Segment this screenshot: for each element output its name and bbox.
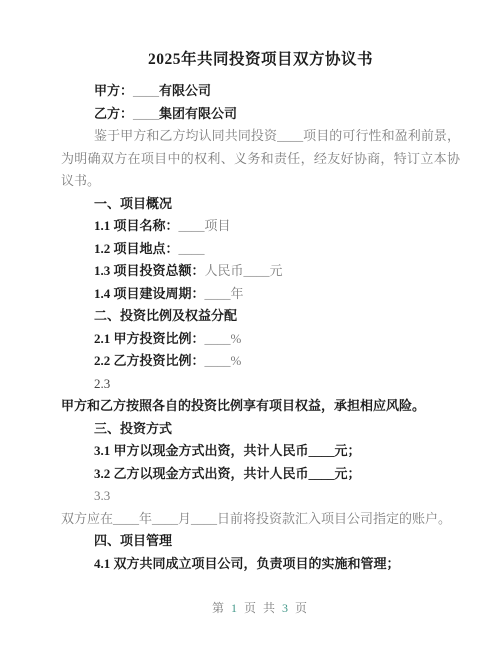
text-segment: 3.3 — [94, 488, 110, 503]
text-segment: 页 共 — [239, 601, 282, 615]
text-segment: 3.2 乙方以现金方式出资，共计人民币____元； — [94, 466, 361, 481]
text-segment: 1.1 项目名称： — [94, 218, 179, 233]
text-segment: 二、投资比例及权益分配 — [94, 308, 237, 323]
text-segment: 集团有限公司 — [159, 106, 237, 121]
text-segment: 3.1 甲方以现金方式出资，共计人民币____元； — [94, 443, 361, 458]
item-3-1: 3.1 甲方以现金方式出资，共计人民币____元； — [61, 440, 460, 463]
text-segment: ____ — [133, 106, 159, 121]
text-segment: 1.3 项目投资总额： — [94, 263, 205, 278]
item-3-3: 3.3 — [61, 485, 460, 508]
party-b-line: 乙方：____集团有限公司 — [61, 103, 460, 126]
text-segment: 有限公司 — [159, 83, 211, 98]
text-segment: 2.1 甲方投资比例： — [94, 331, 205, 346]
section-3-heading: 三、投资方式 — [61, 418, 460, 441]
item-1-4: 1.4 项目建设周期：____年 — [61, 283, 460, 306]
item-2-2: 2.2 乙方投资比例：____% — [61, 350, 460, 373]
text-segment: 四、项目管理 — [94, 533, 172, 548]
text-segment: 双方应在____年____月____日前将投资款汇入项目公司指定的账户。 — [61, 511, 451, 526]
preamble-paragraph: 鉴于甲方和乙方均认同共同投资____项目的可行性和盈利前景，为明确双方在项目中的… — [61, 125, 460, 193]
text-segment: 2.2 乙方投资比例： — [94, 353, 205, 368]
text-segment: 1.4 项目建设周期： — [94, 286, 205, 301]
party-a-line: 甲方：____有限公司 — [61, 80, 460, 103]
text-segment: 1.2 项目地点： — [94, 241, 179, 256]
section-1-heading: 一、项目概况 — [61, 193, 460, 216]
text-segment: 1 — [231, 601, 239, 615]
section-2-heading: 二、投资比例及权益分配 — [61, 305, 460, 328]
item-4-1: 4.1 双方共同成立项目公司，负责项目的实施和管理； — [61, 553, 460, 576]
document-title: 2025年共同投资项目双方协议书 — [61, 48, 460, 72]
text-segment: 一、项目概况 — [94, 196, 172, 211]
item-1-1: 1.1 项目名称：____项目 — [61, 215, 460, 238]
text-segment: 第 — [212, 601, 231, 615]
text-segment: 页 — [290, 601, 309, 615]
item-2-3: 2.3 — [61, 373, 460, 396]
item-2-1: 2.1 甲方投资比例：____% — [61, 328, 460, 351]
text-segment: 乙方： — [94, 106, 133, 121]
statement-payment: 双方应在____年____月____日前将投资款汇入项目公司指定的账户。 — [61, 508, 460, 531]
page-footer: 第 1 页 共 3 页 — [61, 599, 460, 617]
section-4-heading: 四、项目管理 — [61, 530, 460, 553]
text-segment: 鉴于甲方和乙方均认同共同投资____项目的可行性和盈利前景，为明确双方在项目中的… — [61, 128, 460, 188]
text-segment: ____年 — [205, 286, 244, 301]
text-segment: 3 — [282, 601, 290, 615]
text-segment: ____ — [133, 83, 159, 98]
text-segment: ____ — [179, 241, 205, 256]
text-segment: 2.3 — [94, 376, 110, 391]
text-segment: 4.1 双方共同成立项目公司，负责项目的实施和管理； — [94, 556, 400, 571]
item-1-2: 1.2 项目地点：____ — [61, 238, 460, 261]
text-segment: 人民币____元 — [205, 263, 283, 278]
text-segment: 甲方和乙方按照各自的投资比例享有项目权益，承担相应风险。 — [61, 398, 425, 413]
document-page: 2025年共同投资项目双方协议书 甲方：____有限公司乙方：____集团有限公… — [0, 0, 500, 647]
item-3-2: 3.2 乙方以现金方式出资，共计人民币____元； — [61, 463, 460, 486]
text-segment: ____% — [205, 331, 242, 346]
text-segment: 三、投资方式 — [94, 421, 172, 436]
text-segment: ____项目 — [179, 218, 231, 233]
statement-equity: 甲方和乙方按照各自的投资比例享有项目权益，承担相应风险。 — [61, 395, 460, 418]
item-1-3: 1.3 项目投资总额：人民币____元 — [61, 260, 460, 283]
text-segment: ____% — [205, 353, 242, 368]
text-segment: 甲方： — [94, 83, 133, 98]
document-body: 甲方：____有限公司乙方：____集团有限公司鉴于甲方和乙方均认同共同投资__… — [61, 80, 460, 575]
